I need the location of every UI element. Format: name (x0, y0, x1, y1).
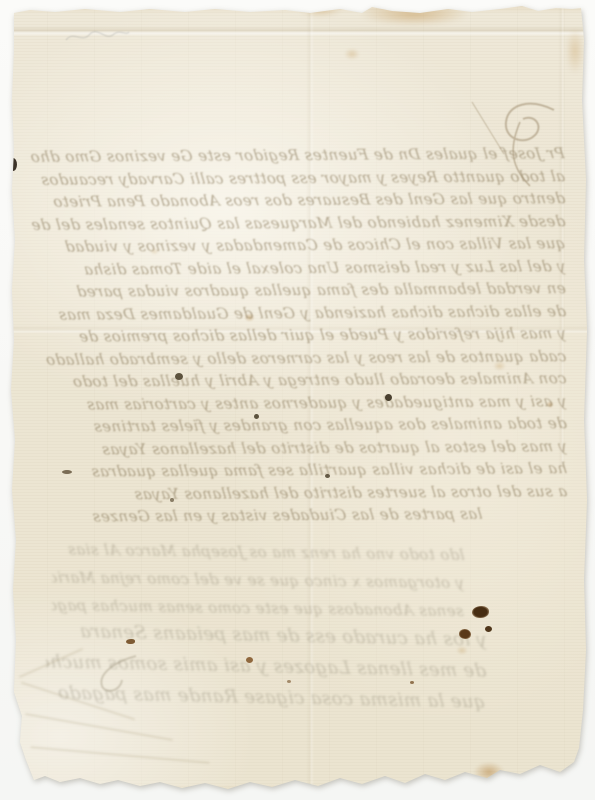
bleedthrough-line: ldo todo vno ha renz ma os Josepha Marco… (51, 535, 464, 569)
ink-blot (126, 639, 135, 644)
bleedthrough-line: a sus del otros al suertes distrito del … (32, 480, 567, 506)
bleedthrough-line: y mas del estos al quartos de distrito d… (32, 435, 568, 461)
wrinkle (30, 746, 209, 764)
foxing-spot (150, 248, 159, 255)
wrinkle (25, 713, 173, 741)
ink-blot (170, 498, 174, 502)
ghost-mark (62, 24, 132, 50)
edge-stain (358, 2, 470, 26)
paraph-flourish (468, 94, 588, 204)
edge-stain (298, 3, 342, 17)
ink-blot (254, 414, 259, 419)
fold-crease-vertical-right (558, 0, 564, 464)
bleedthrough-line: senas Abonadoss que este como senas much… (51, 591, 464, 625)
bleedthrough-line: Pr Josef el quales Dn de Fuentes Regidor… (31, 142, 566, 168)
foxing-spot (244, 313, 255, 322)
ink-blot (410, 681, 414, 684)
bleedthrough-line: y del las Luz y real deismos Una colexal… (31, 255, 567, 281)
bleedthrough-line: y otorgamos x cinco que se ve del como r… (51, 563, 464, 597)
ink-blot (287, 680, 291, 683)
edge-stain (566, 28, 584, 74)
foxing-spot (456, 646, 468, 655)
ink-blot-large (459, 629, 471, 639)
ink-blot (9, 158, 17, 171)
ink-blot (62, 470, 72, 474)
bleedthrough-line: con Animales deorado lludo entrega y Abr… (31, 367, 567, 393)
foxing-spot (493, 361, 506, 371)
fold-crease-vertical-center (306, 0, 314, 800)
bleedthrough-main-block: Pr Josef el quales Dn de Fuentes Regidor… (31, 142, 568, 530)
bleedthrough-line: que las Villas con el Chicos de Camendad… (31, 232, 567, 258)
bleedthrough-line: las partes de las Ciudades vistas y en l… (32, 502, 567, 528)
paper-shadow: Pr Josef el quales Dn de Fuentes Regidor… (0, 0, 595, 800)
edge-stain (474, 762, 504, 782)
ink-blot-large (472, 606, 489, 618)
bleedthrough-line: ha el asi de dichas villas quartilla ses… (32, 457, 568, 483)
bleedthrough-line: desde Ximenez habiendo del Marquesas las… (31, 210, 567, 236)
scanned-document: Pr Josef el quales Dn de Fuentes Regidor… (0, 0, 595, 800)
wrinkle (19, 648, 84, 678)
manuscript-leaf: Pr Josef el quales Dn de Fuentes Regidor… (0, 0, 595, 800)
bleedthrough-line: de ellas dichas dichas hazienda y Genl d… (31, 300, 567, 326)
fold-crease-middle (0, 325, 595, 334)
flourish-descender (92, 652, 142, 696)
foxing-spot (344, 48, 360, 60)
bleedthrough-middle-block: ldo todo vno ha renz ma os Josepha Marco… (51, 535, 464, 625)
bleedthrough-line: y los ha curado ess de mas peiaans Senar… (45, 615, 487, 655)
bleedthrough-line: de toda animales dos aquellas con grande… (31, 412, 567, 438)
bleedthrough-line: al todo quantto Reyes y mayor ess pottre… (31, 165, 566, 191)
bleedthrough-line: dentro que las Genl des Besuares dos reo… (31, 187, 567, 213)
bleedthrough-line: y mas hija referidos y Puede el quir del… (31, 322, 568, 348)
ink-blot (175, 373, 183, 380)
ink-blot (325, 474, 330, 478)
bleedthrough-line: de mes llenas Lagozes y asi amis somos m… (45, 646, 487, 686)
bleedthrough-line: en verdad lebanmalla des fama quellas qu… (31, 277, 567, 303)
bleedthrough-line: cada quantos de las reos y las carneros … (31, 345, 567, 371)
fold-crease-top (0, 26, 595, 36)
ink-blot (485, 626, 492, 632)
bleedthrough-line: y asi y mas antiguedades y quadernos ant… (31, 390, 567, 416)
foxing-spot (546, 401, 554, 408)
ink-blot (385, 394, 392, 401)
ink-blot (246, 657, 253, 663)
bleedthrough-lower-block: y los ha curado ess de mas peiaans Senar… (45, 615, 487, 720)
